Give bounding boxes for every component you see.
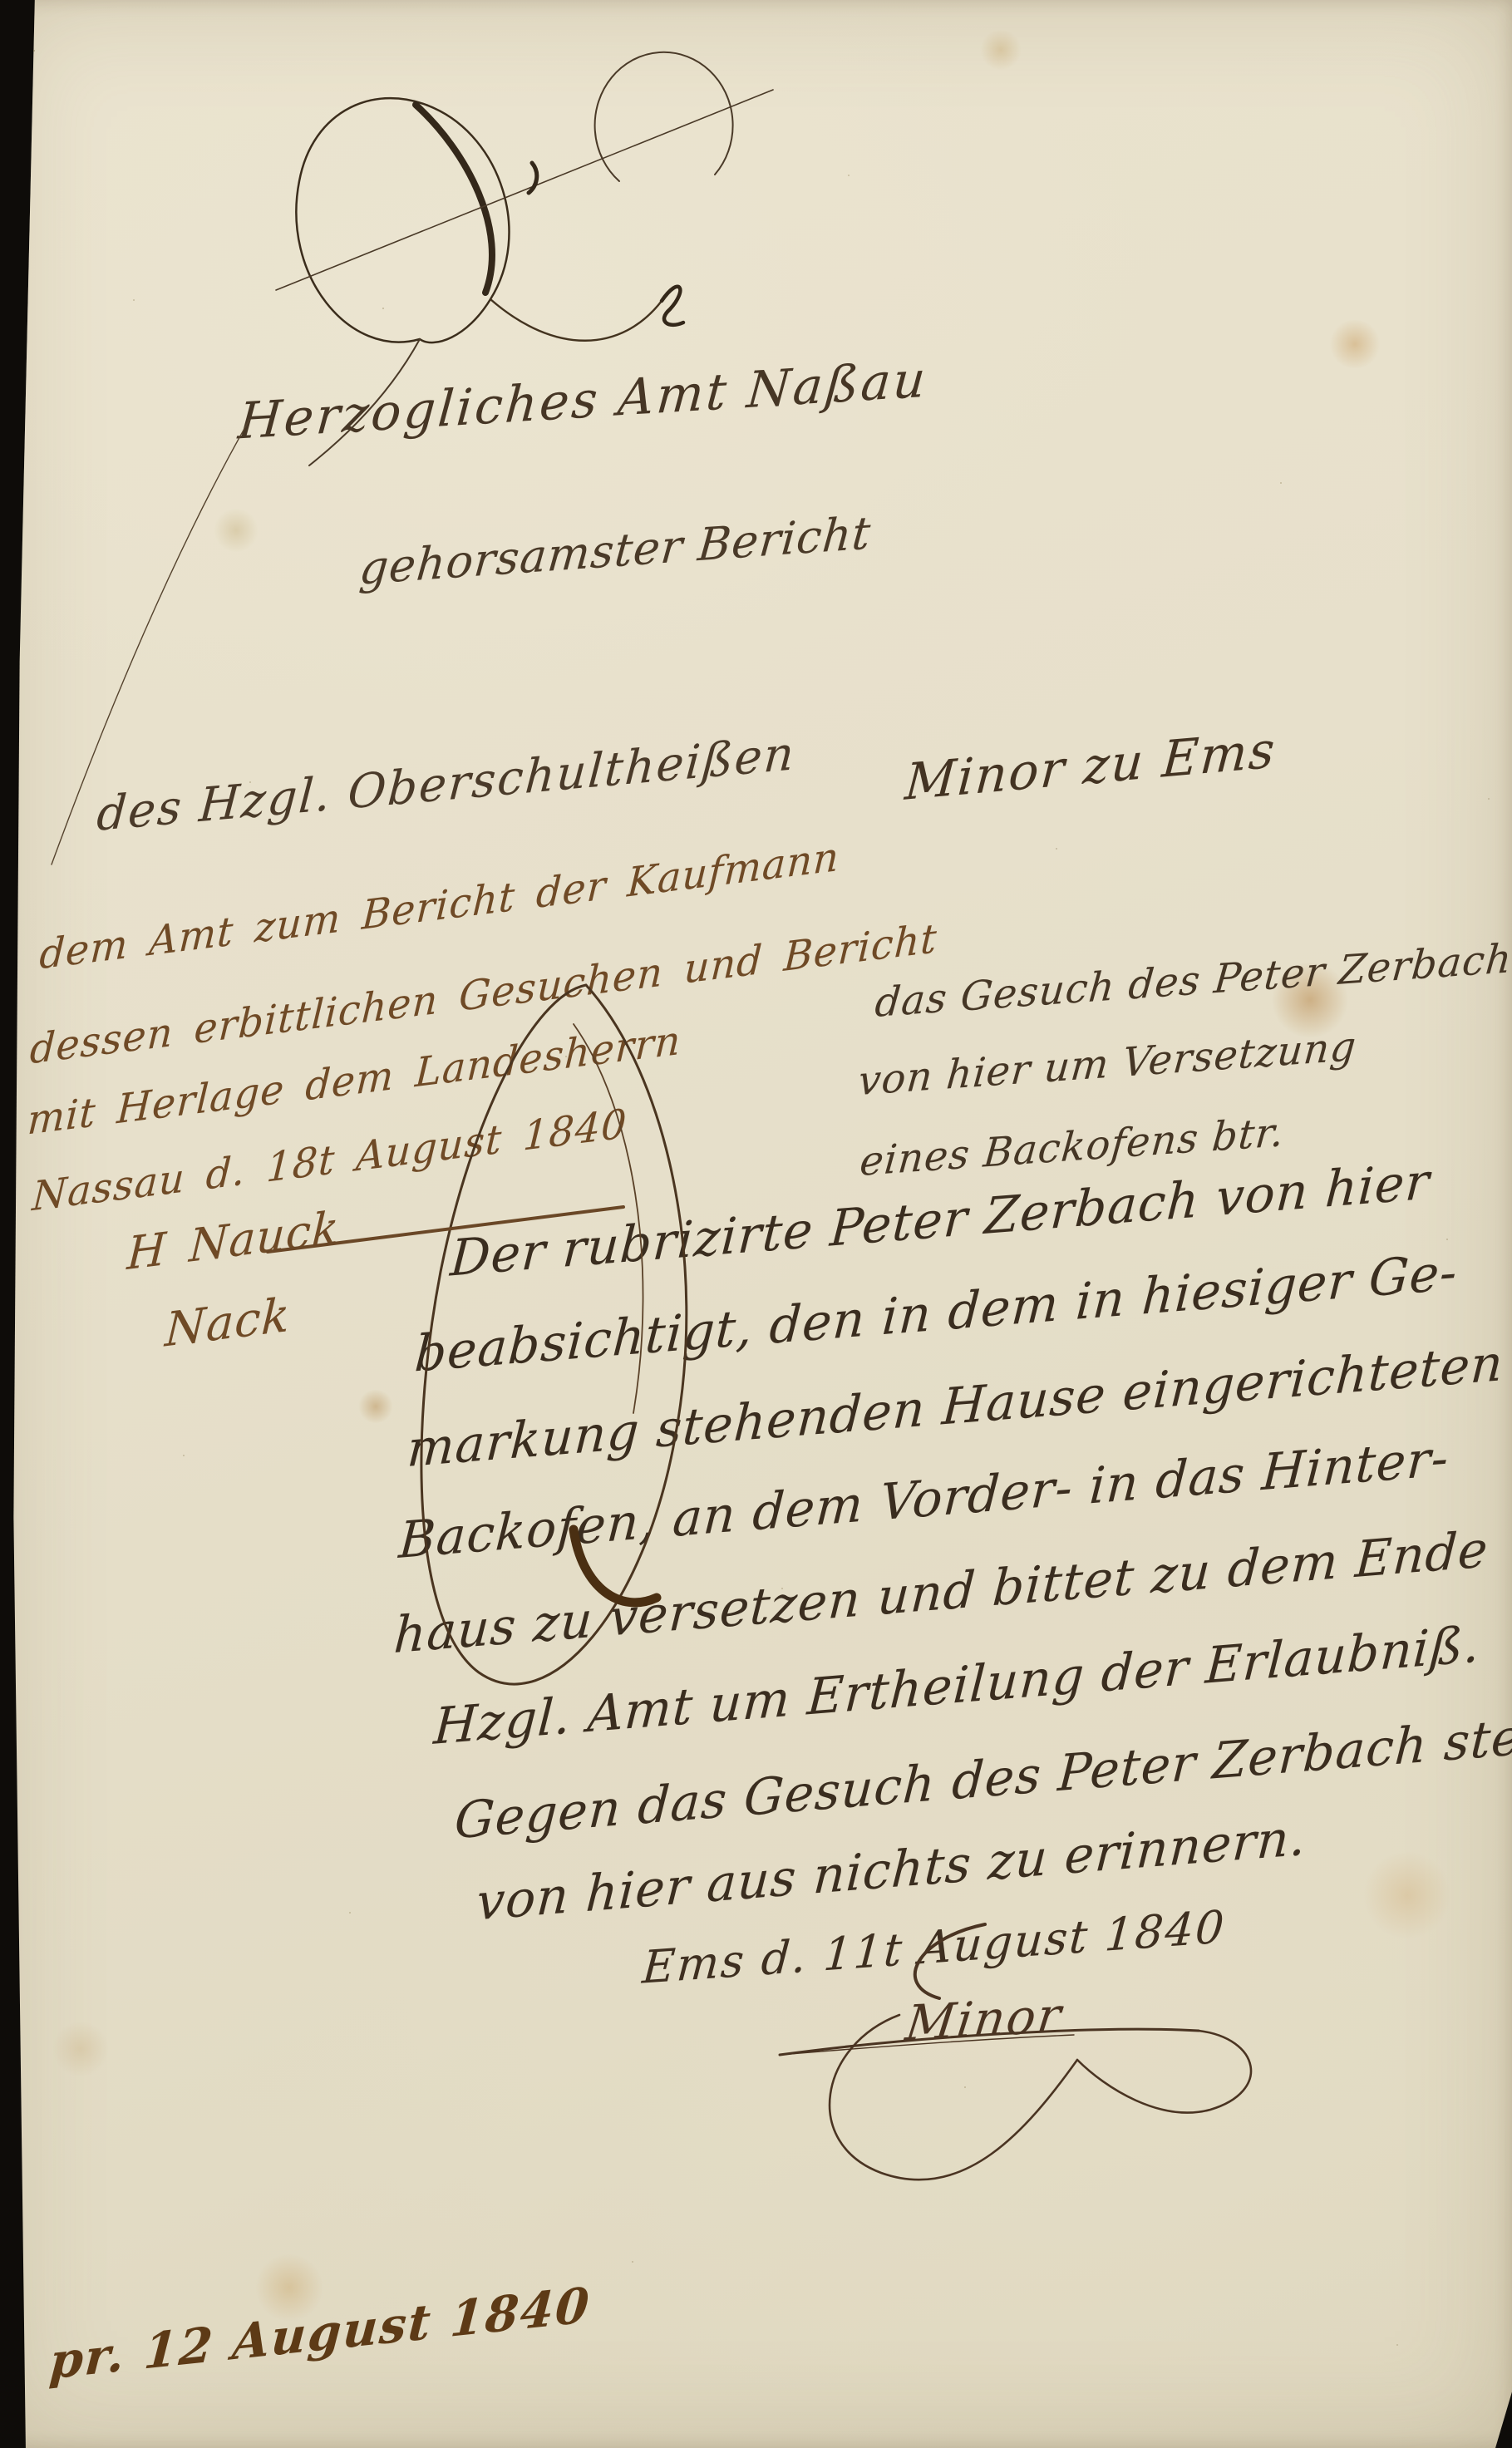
- paper-fibers: [33, 50, 35, 52]
- document-photo: Herzogliches Amt Naßau gehorsamster Beri…: [0, 0, 1512, 2448]
- signature-name: Minor: [904, 1991, 1066, 2047]
